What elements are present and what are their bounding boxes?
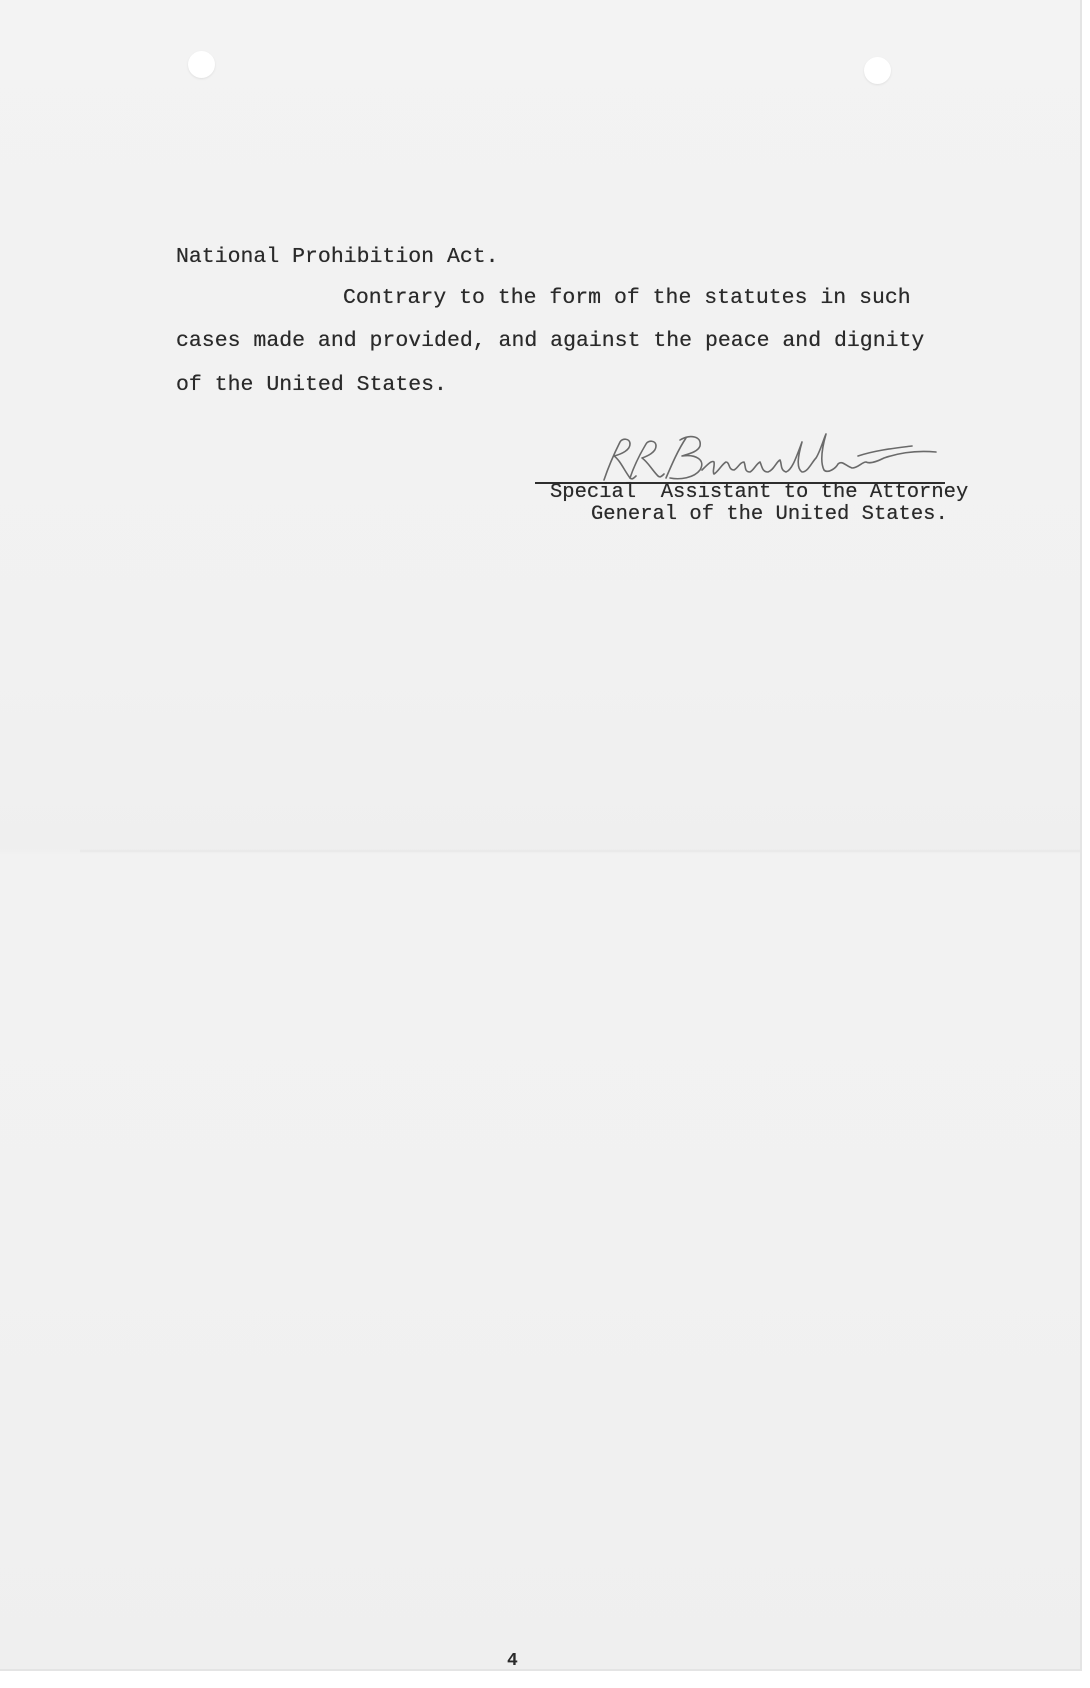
handwritten-signature	[596, 428, 941, 488]
signatory-title-line-1: Special Assistant to the Attorney	[550, 481, 968, 505]
punch-hole-right	[864, 57, 891, 84]
body-text-line: Contrary to the form of the statutes in …	[343, 285, 911, 311]
signatory-title-line-2: General of the United States.	[591, 503, 948, 527]
document-page: National Prohibition Act. Contrary to th…	[0, 0, 1082, 1671]
punch-hole-left	[188, 51, 215, 78]
body-text-line: of the United States.	[176, 372, 447, 398]
paper-fold-crease	[80, 849, 1080, 853]
body-text-line: cases made and provided, and against the…	[176, 328, 924, 354]
act-title-line: National Prohibition Act.	[176, 244, 499, 270]
page-number: 4	[507, 1651, 518, 1671]
